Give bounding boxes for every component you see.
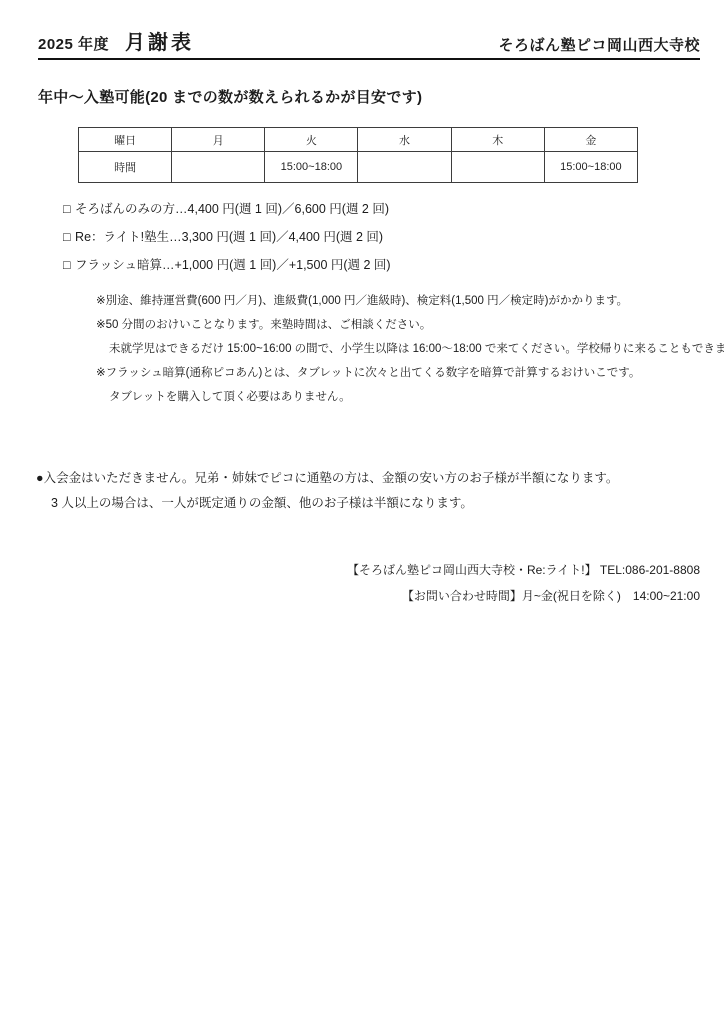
note-line-arrival-times: 未就学児はできるだけ 15:00~16:00 の間で、小学生以降は 16:00～…	[96, 337, 724, 361]
schedule-time-row: 時間 15:00~18:00 15:00~18:00	[79, 152, 638, 183]
price-item-label: そろばんのみの方…4,400 円(週 1 回)／6,600 円(週 2 回)	[75, 202, 389, 216]
time-cell-thu	[451, 152, 544, 183]
price-item-soroban: □ そろばんのみの方…4,400 円(週 1 回)／6,600 円(週 2 回)	[63, 195, 391, 223]
time-cell-fri: 15:00~18:00	[544, 152, 637, 183]
col-header-fri: 金	[544, 128, 637, 152]
policy-line-three-children: 3 人以上の場合は、一人が既定通りの金額、他のお子様は半額になります。	[36, 491, 618, 516]
row-header-time: 時間	[79, 152, 172, 183]
document-header: 2025 年度 月謝表 そろばん塾ピコ岡山西大寺校	[38, 26, 700, 60]
note-line-tablet: タブレットを購入して頂く必要はありません。	[96, 385, 724, 409]
contact-section: 【そろばん塾ピコ岡山西大寺校・Re:ライト!】 TEL:086-201-8808…	[347, 557, 700, 609]
time-cell-wed	[358, 152, 451, 183]
checkbox-icon: □	[63, 230, 71, 244]
policy-section: ●入会金はいただきません。兄弟・姉妹でピコに通塾の方は、金額の安い方のお子様が半…	[36, 466, 618, 516]
price-item-relight: □ Re：ライト!塾生…3,300 円(週 1 回)／4,400 円(週 2 回…	[63, 223, 391, 251]
page-title: 月謝表	[125, 26, 194, 55]
note-line-flash-anzan: ※フラッシュ暗算(通称ピコあん)とは、タブレットに次々と出てくる数字を暗算で計算…	[96, 361, 724, 385]
schedule-header-row: 曜日 月 火 水 木 金	[79, 128, 638, 152]
col-header-mon: 月	[172, 128, 265, 152]
contact-phone-line: 【そろばん塾ピコ岡山西大寺校・Re:ライト!】 TEL:086-201-8808	[347, 557, 700, 583]
fiscal-year-label: 2025 年度	[38, 33, 109, 54]
policy-text: 入会金はいただきません。兄弟・姉妹でピコに通塾の方は、金額の安い方のお子様が半額…	[44, 471, 619, 485]
price-item-flash: □ フラッシュ暗算…+1,000 円(週 1 回)／+1,500 円(週 2 回…	[63, 251, 391, 279]
header-left: 2025 年度 月謝表	[38, 26, 194, 55]
time-cell-tue: 15:00~18:00	[265, 152, 358, 183]
contact-hours-line: 【お問い合わせ時間】月~金(祝日を除く) 14:00~21:00	[347, 583, 700, 609]
eligibility-subtitle: 年中～入塾可能(20 までの数が数えられるかが目安です)	[38, 86, 422, 107]
note-line-lesson-length: ※50 分間のおけいことなります。来塾時間は、ご相談ください。	[96, 313, 724, 337]
price-list: □ そろばんのみの方…4,400 円(週 1 回)／6,600 円(週 2 回)…	[63, 195, 391, 279]
col-header-day: 曜日	[79, 128, 172, 152]
checkbox-icon: □	[63, 258, 71, 272]
col-header-thu: 木	[451, 128, 544, 152]
bullet-icon: ●	[36, 471, 44, 485]
price-item-label: Re：ライト!塾生…3,300 円(週 1 回)／4,400 円(週 2 回)	[75, 230, 383, 244]
time-cell-mon	[172, 152, 265, 183]
document-page: 2025 年度 月謝表 そろばん塾ピコ岡山西大寺校 年中～入塾可能(20 までの…	[0, 0, 724, 1024]
schedule-table: 曜日 月 火 水 木 金 時間 15:00~18:00 15:00~18:00	[78, 127, 638, 183]
notes-section: ※別途、維持運営費(600 円／月)、進級費(1,000 円／進級時)、検定料(…	[96, 289, 724, 409]
school-name: そろばん塾ピコ岡山西大寺校	[498, 34, 700, 55]
col-header-tue: 火	[265, 128, 358, 152]
price-item-label: フラッシュ暗算…+1,000 円(週 1 回)／+1,500 円(週 2 回)	[75, 258, 391, 272]
checkbox-icon: □	[63, 202, 71, 216]
note-line-fees: ※別途、維持運営費(600 円／月)、進級費(1,000 円／進級時)、検定料(…	[96, 289, 724, 313]
col-header-wed: 水	[358, 128, 451, 152]
policy-line-discount: ●入会金はいただきません。兄弟・姉妹でピコに通塾の方は、金額の安い方のお子様が半…	[36, 466, 618, 491]
